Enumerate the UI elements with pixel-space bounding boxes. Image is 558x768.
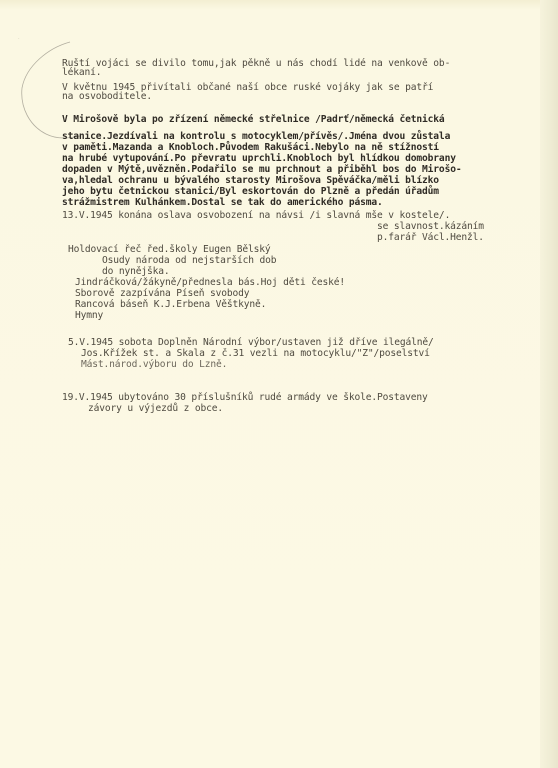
text-line: p.farář Václ.Henžl. (377, 233, 484, 243)
text-line: va,hledal ochranu u bývalého starosty Mi… (62, 176, 439, 186)
text-line: lékaní. (62, 68, 101, 78)
text-line: jeho bytu četnickou stanici/Byl eskortov… (62, 187, 439, 197)
text-line: Ruští vojáci se divilo tomu,jak pěkně u … (62, 59, 450, 69)
text-line: závory u výjezdů z obce. (88, 404, 223, 414)
typewritten-page: Ruští vojáci se divilo tomu,jak pěkně u … (0, 0, 558, 768)
text-line: 13.V.1945 konána oslava osvobození na ná… (62, 211, 450, 221)
program-item: do nynějška. (102, 267, 170, 277)
text-line: na osvoboditele. (62, 92, 152, 102)
program-item: Rancová báseň K.J.Erbena Věštkyně. (75, 300, 266, 310)
program-item: Hymny (75, 311, 103, 321)
text-line: V Mirošově byla po zřízení německé střel… (62, 115, 445, 125)
text-line: na hrubé vytupování.Po převratu uprchli.… (62, 154, 456, 164)
program-item: Osudy národa od nejstarších dob (102, 256, 276, 266)
text-line: stanice.Jezdívali na kontrolu s motocykl… (62, 132, 450, 142)
program-item: Sborově zazpívána Píseň svobody (75, 289, 249, 299)
text-line: dopaden v Mýtě,uvězněn.Podařilo se mu pr… (62, 165, 461, 175)
text-line: Jos.Křížek st. a Skala z č.31 vezli na m… (81, 349, 430, 359)
text-line: strážmistrem Kulhánkem.Dostal se tak do … (62, 198, 383, 208)
text-line: se slavnost.kázáním (377, 222, 484, 232)
text-line: Mást.národ.výboru do Lzně. (81, 360, 227, 370)
text-line: v paměti.Mazanda a Knobloch.Původem Raku… (62, 143, 439, 153)
paper-edge (540, 0, 558, 768)
program-item: Holdovací řeč řed.školy Eugen Bělský (68, 245, 271, 255)
text-line: 5.V.1945 sobota Doplněn Národní výbor/us… (68, 338, 434, 348)
program-item: Jindráčková/žákyně/přednesla bás.Hoj dět… (75, 278, 345, 288)
text-line: 19.V.1945 ubytováno 30 příslušníků rudé … (62, 393, 428, 403)
